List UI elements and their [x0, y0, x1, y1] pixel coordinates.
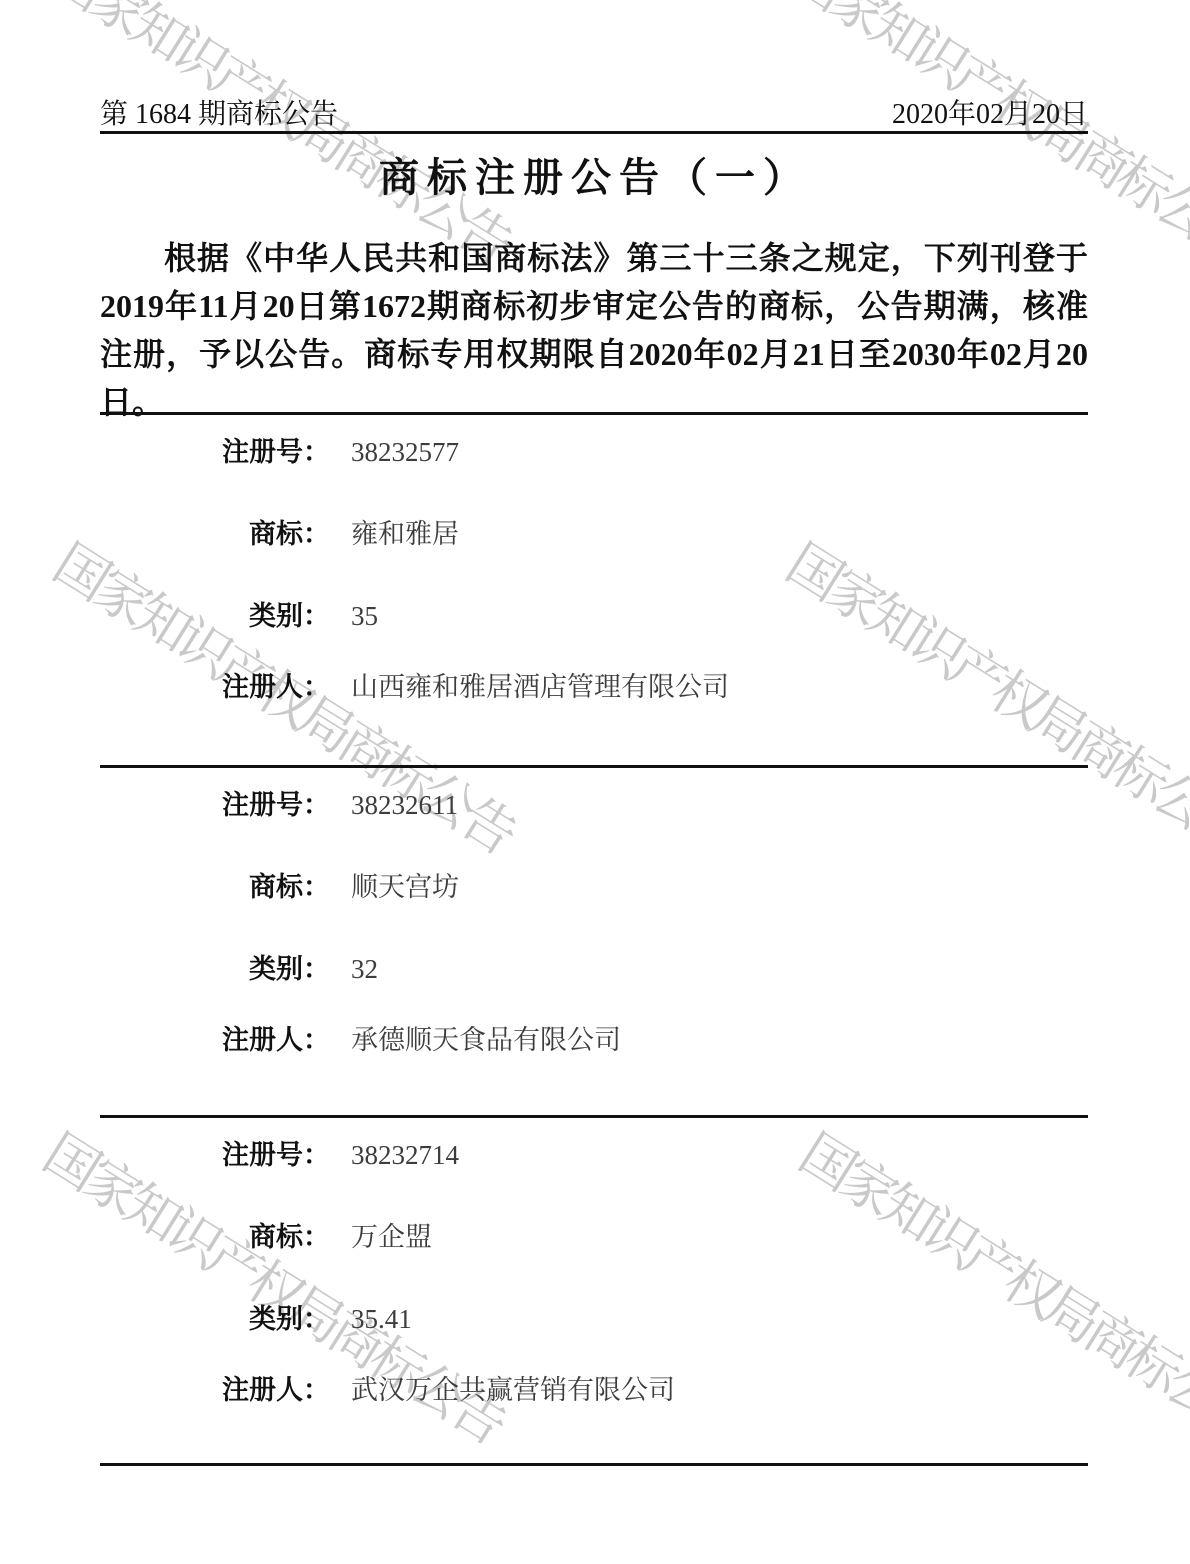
trademark-entry: 注册号：38232714 商标：万企盟 类别：35.41 注册人：武汉万企共赢营… — [100, 1115, 1088, 1465]
field-label-registrant: 注册人： — [100, 1368, 330, 1407]
category-value: 32 — [330, 954, 378, 984]
gazette-issue-label: 第 1684 期商标公告 — [100, 92, 338, 132]
field-label-category: 类别： — [100, 1297, 330, 1336]
trademark-value: 雍和雅居 — [330, 519, 459, 549]
reg-no-row: 注册号：38232611 — [100, 783, 1088, 817]
header-divider — [100, 131, 1088, 134]
intro-paragraph: 根据《中华人民共和国商标法》第三十三条之规定，下列刊登于2019年11月20日第… — [100, 234, 1088, 426]
category-value: 35 — [330, 601, 378, 631]
registrant-value: 山西雍和雅居酒店管理有限公司 — [330, 672, 729, 702]
trademark-value: 顺天宫坊 — [330, 872, 459, 902]
trademark-entry: 注册号：38232611 商标：顺天宫坊 类别：32 注册人：承德顺天食品有限公… — [100, 765, 1088, 1115]
reg-no-row: 注册号：38232714 — [100, 1133, 1088, 1167]
reg-no-value: 38232611 — [330, 790, 458, 820]
category-row: 类别：35.41 — [100, 1297, 1088, 1331]
field-label-reg-no: 注册号： — [100, 1133, 330, 1172]
registrant-row: 注册人：山西雍和雅居酒店管理有限公司 — [100, 665, 1088, 699]
field-label-registrant: 注册人： — [100, 665, 330, 704]
trademark-row: 商标：顺天宫坊 — [100, 865, 1088, 899]
gazette-date: 2020年02月20日 — [892, 92, 1088, 132]
reg-no-row: 注册号：38232577 — [100, 430, 1088, 464]
reg-no-value: 38232714 — [330, 1140, 459, 1170]
registrant-value: 武汉万企共赢营销有限公司 — [330, 1375, 675, 1405]
field-label-reg-no: 注册号： — [100, 783, 330, 822]
category-row: 类别：32 — [100, 947, 1088, 981]
bottom-divider — [100, 1463, 1088, 1466]
field-label-category: 类别： — [100, 594, 330, 633]
trademark-row: 商标：万企盟 — [100, 1215, 1088, 1249]
trademark-row: 商标：雍和雅居 — [100, 512, 1088, 546]
field-label-trademark: 商标： — [100, 1215, 330, 1254]
field-label-registrant: 注册人： — [100, 1018, 330, 1057]
document-content: 第 1684 期商标公告 2020年02月20日 商标注册公告（一） 根据《中华… — [0, 0, 1190, 1564]
registrant-row: 注册人：承德顺天食品有限公司 — [100, 1018, 1088, 1052]
field-label-trademark: 商标： — [100, 512, 330, 551]
field-label-reg-no: 注册号： — [100, 430, 330, 469]
page-header: 第 1684 期商标公告 2020年02月20日 — [100, 92, 1088, 132]
field-label-category: 类别： — [100, 947, 330, 986]
page-title: 商标注册公告（一） — [0, 146, 1190, 203]
entry-divider — [100, 412, 1088, 415]
category-value: 35.41 — [330, 1304, 412, 1334]
document-page: 国家知识产权局商标公告 国家知识产权局商标公告 国家知识产权局商标公告 国家知识… — [0, 0, 1190, 1564]
registrant-row: 注册人：武汉万企共赢营销有限公司 — [100, 1368, 1088, 1402]
field-label-trademark: 商标： — [100, 865, 330, 904]
entry-divider — [100, 1115, 1088, 1118]
reg-no-value: 38232577 — [330, 437, 459, 467]
entry-divider — [100, 765, 1088, 768]
trademark-entry: 注册号：38232577 商标：雍和雅居 类别：35 注册人：山西雍和雅居酒店管… — [100, 412, 1088, 762]
registrant-value: 承德顺天食品有限公司 — [330, 1025, 621, 1055]
trademark-value: 万企盟 — [330, 1222, 432, 1252]
category-row: 类别：35 — [100, 594, 1088, 628]
